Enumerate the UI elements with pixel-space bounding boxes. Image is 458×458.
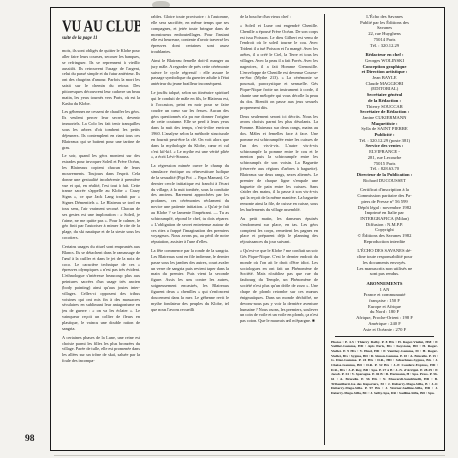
page-number: 98 <box>25 434 35 444</box>
masthead-line: Tél. : 320.12.29 <box>331 43 438 49</box>
text-column-3: de la bouche d'un vieux chef :« Soleil e… <box>240 14 318 445</box>
page-frame: VU AU CLUB suite de la page 11 mois, ils… <box>50 7 445 451</box>
paragraph: Les géhennes ne cessent de chauffer les … <box>62 109 140 150</box>
paragraph: Le jouffu talqué, selon un itinéraire sp… <box>151 90 229 160</box>
article-header: VU AU CLUB suite de la page 11 <box>62 16 140 42</box>
masthead-sidebar: L'Écho des Savanes Publié par les Éditio… <box>324 14 438 445</box>
text-column-2: rables. Gloire toute provisoire : à l'au… <box>151 14 229 445</box>
paragraph: La fête commence par la ronde de la sang… <box>151 248 229 312</box>
paragraph: Deux seulement seront ici décrits. Nous … <box>240 114 318 213</box>
page-content: VU AU CLUB suite de la page 11 mois, ils… <box>62 14 438 445</box>
masthead-line: Photos : P. 4-5 : Thierry Dalby. P. 8 HG… <box>331 340 438 396</box>
masthead-line: Reproduction interdite <box>331 239 438 245</box>
paragraph: Certains usages du rituel sont empruntés… <box>62 244 140 332</box>
paragraph: « Soleil et Lune ont engendré Chenille. … <box>240 23 318 111</box>
paragraph: Au petit matin, les danseurs épuisés s'e… <box>240 216 318 245</box>
masthead-line: sont pas rendus. <box>331 271 438 277</box>
paragraph: de la bouche d'un vieux chef : <box>240 14 318 20</box>
paragraph: A certaines phases de la Lune, une reine… <box>62 335 140 364</box>
masthead-line: Asie et Océanie : 270 F <box>331 327 438 333</box>
paragraph: Le soir, quand les géos montent sur des … <box>62 153 140 241</box>
text-column-1: VU AU CLUB suite de la page 11 mois, ils… <box>62 14 140 445</box>
page-edge-shadow <box>54 455 445 456</box>
paragraph: « Qu'est-ce que le Klobe ? me confiait u… <box>240 248 318 324</box>
column-3-paragraphs: de la bouche d'un vieux chef :« Soleil e… <box>240 14 318 324</box>
paragraph: mois, ils sont obligés de quitter le Klo… <box>62 48 140 106</box>
column-1-paragraphs: mois, ils sont obligés de quitter le Klo… <box>62 48 140 364</box>
article-title: VU AU CLUB <box>62 16 140 36</box>
paragraph: Ainsi le Blaireau femelle doit-il manger… <box>151 58 229 87</box>
column-2-paragraphs: rables. Gloire toute provisoire : à l'au… <box>151 14 229 312</box>
masthead-line: Richard DUCOUSSET <box>331 178 438 184</box>
paragraph: rables. Gloire toute provisoire : à l'au… <box>151 14 229 55</box>
masthead-line <box>335 336 434 337</box>
paragraph: La régression mimée ouvre le champ du si… <box>151 163 229 245</box>
